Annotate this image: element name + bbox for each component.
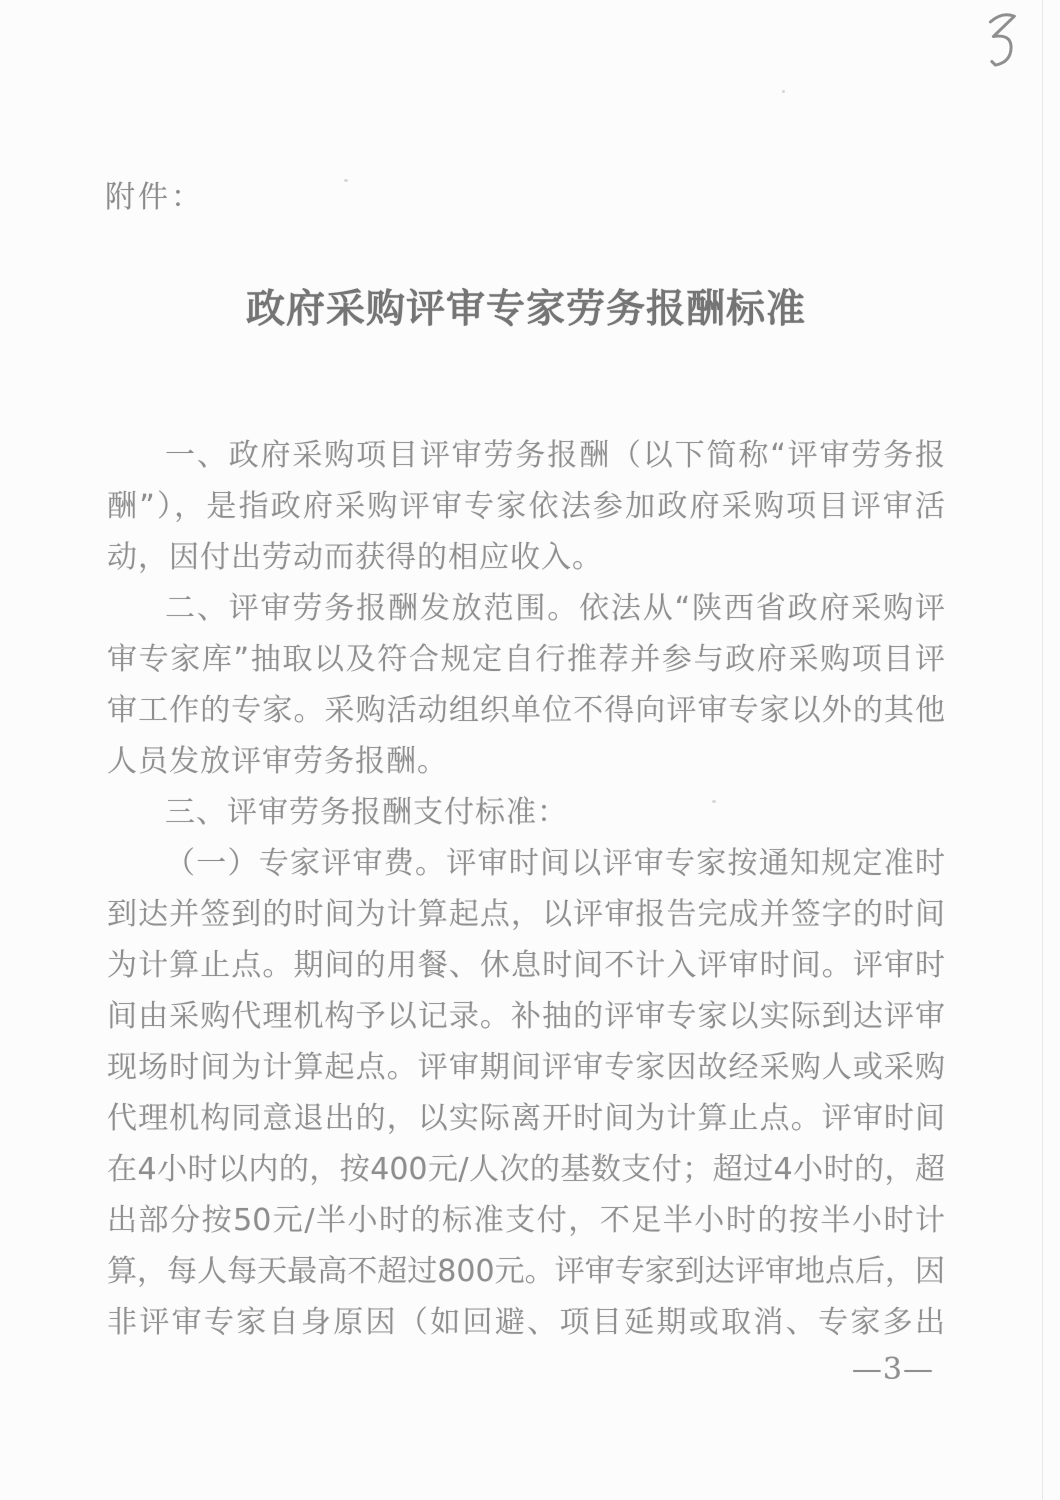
document-page: 附件： 政府采购评审专家劳务报酬标准 一、政府采购项目评审劳务报酬（以下简称“评… (0, 0, 1060, 1500)
body-line: 间由采购代理机构予以记录。补抽的评审专家以实际到达评审 (107, 991, 945, 1042)
body-line: 三、评审劳务报酬支付标准： (107, 787, 945, 838)
body-line: （一）专家评审费。评审时间以评审专家按通知规定准时 (107, 838, 945, 889)
body-line: 酬”），是指政府采购评审专家依法参加政府采购项目评审活 (107, 481, 945, 532)
body-line: 算，每人每天最高不超过800元。评审专家到达评审地点后，因 (107, 1246, 945, 1297)
page-number-footer: —3— (852, 1352, 934, 1387)
scan-speck (712, 800, 716, 803)
body-line: 代理机构同意退出的，以实际离开时间为计算止点。评审时间 (107, 1093, 945, 1144)
scan-speck (782, 90, 785, 93)
body-line: 一、政府采购项目评审劳务报酬（以下简称“评审劳务报 (107, 430, 945, 481)
body-line: 现场时间为计算起点。评审期间评审专家因故经采购人或采购 (107, 1042, 945, 1093)
scan-speck (344, 179, 348, 182)
body-line: 出部分按50元/半小时的标准支付，不足半小时的按半小时计 (107, 1195, 945, 1246)
body-line: 二、评审劳务报酬发放范围。依法从“陕西省政府采购评 (107, 583, 945, 634)
document-body: 一、政府采购项目评审劳务报酬（以下简称“评审劳务报 酬”），是指政府采购评审专家… (107, 430, 945, 1348)
scan-edge-line (1042, 0, 1043, 1500)
handwritten-page-number (982, 8, 1026, 84)
body-line: 动，因付出劳动而获得的相应收入。 (107, 532, 945, 583)
body-line: 人员发放评审劳务报酬。 (107, 736, 945, 787)
attachment-label: 附件： (105, 172, 204, 216)
document-title: 政府采购评审专家劳务报酬标准 (107, 278, 945, 334)
handwritten-3-icon (982, 8, 1026, 84)
body-line: 到达并签到的时间为计算起点，以评审报告完成并签字的时间 (107, 889, 945, 940)
body-line: 为计算止点。期间的用餐、休息时间不计入评审时间。评审时 (107, 940, 945, 991)
body-line: 在4小时以内的，按400元/人次的基数支付；超过4小时的，超 (107, 1144, 945, 1195)
body-line: 审工作的专家。采购活动组织单位不得向评审专家以外的其他 (107, 685, 945, 736)
body-line: 审专家库”抽取以及符合规定自行推荐并参与政府采购项目评 (107, 634, 945, 685)
body-line: 非评审专家自身原因（如回避、项目延期或取消、专家多出 (107, 1297, 945, 1348)
